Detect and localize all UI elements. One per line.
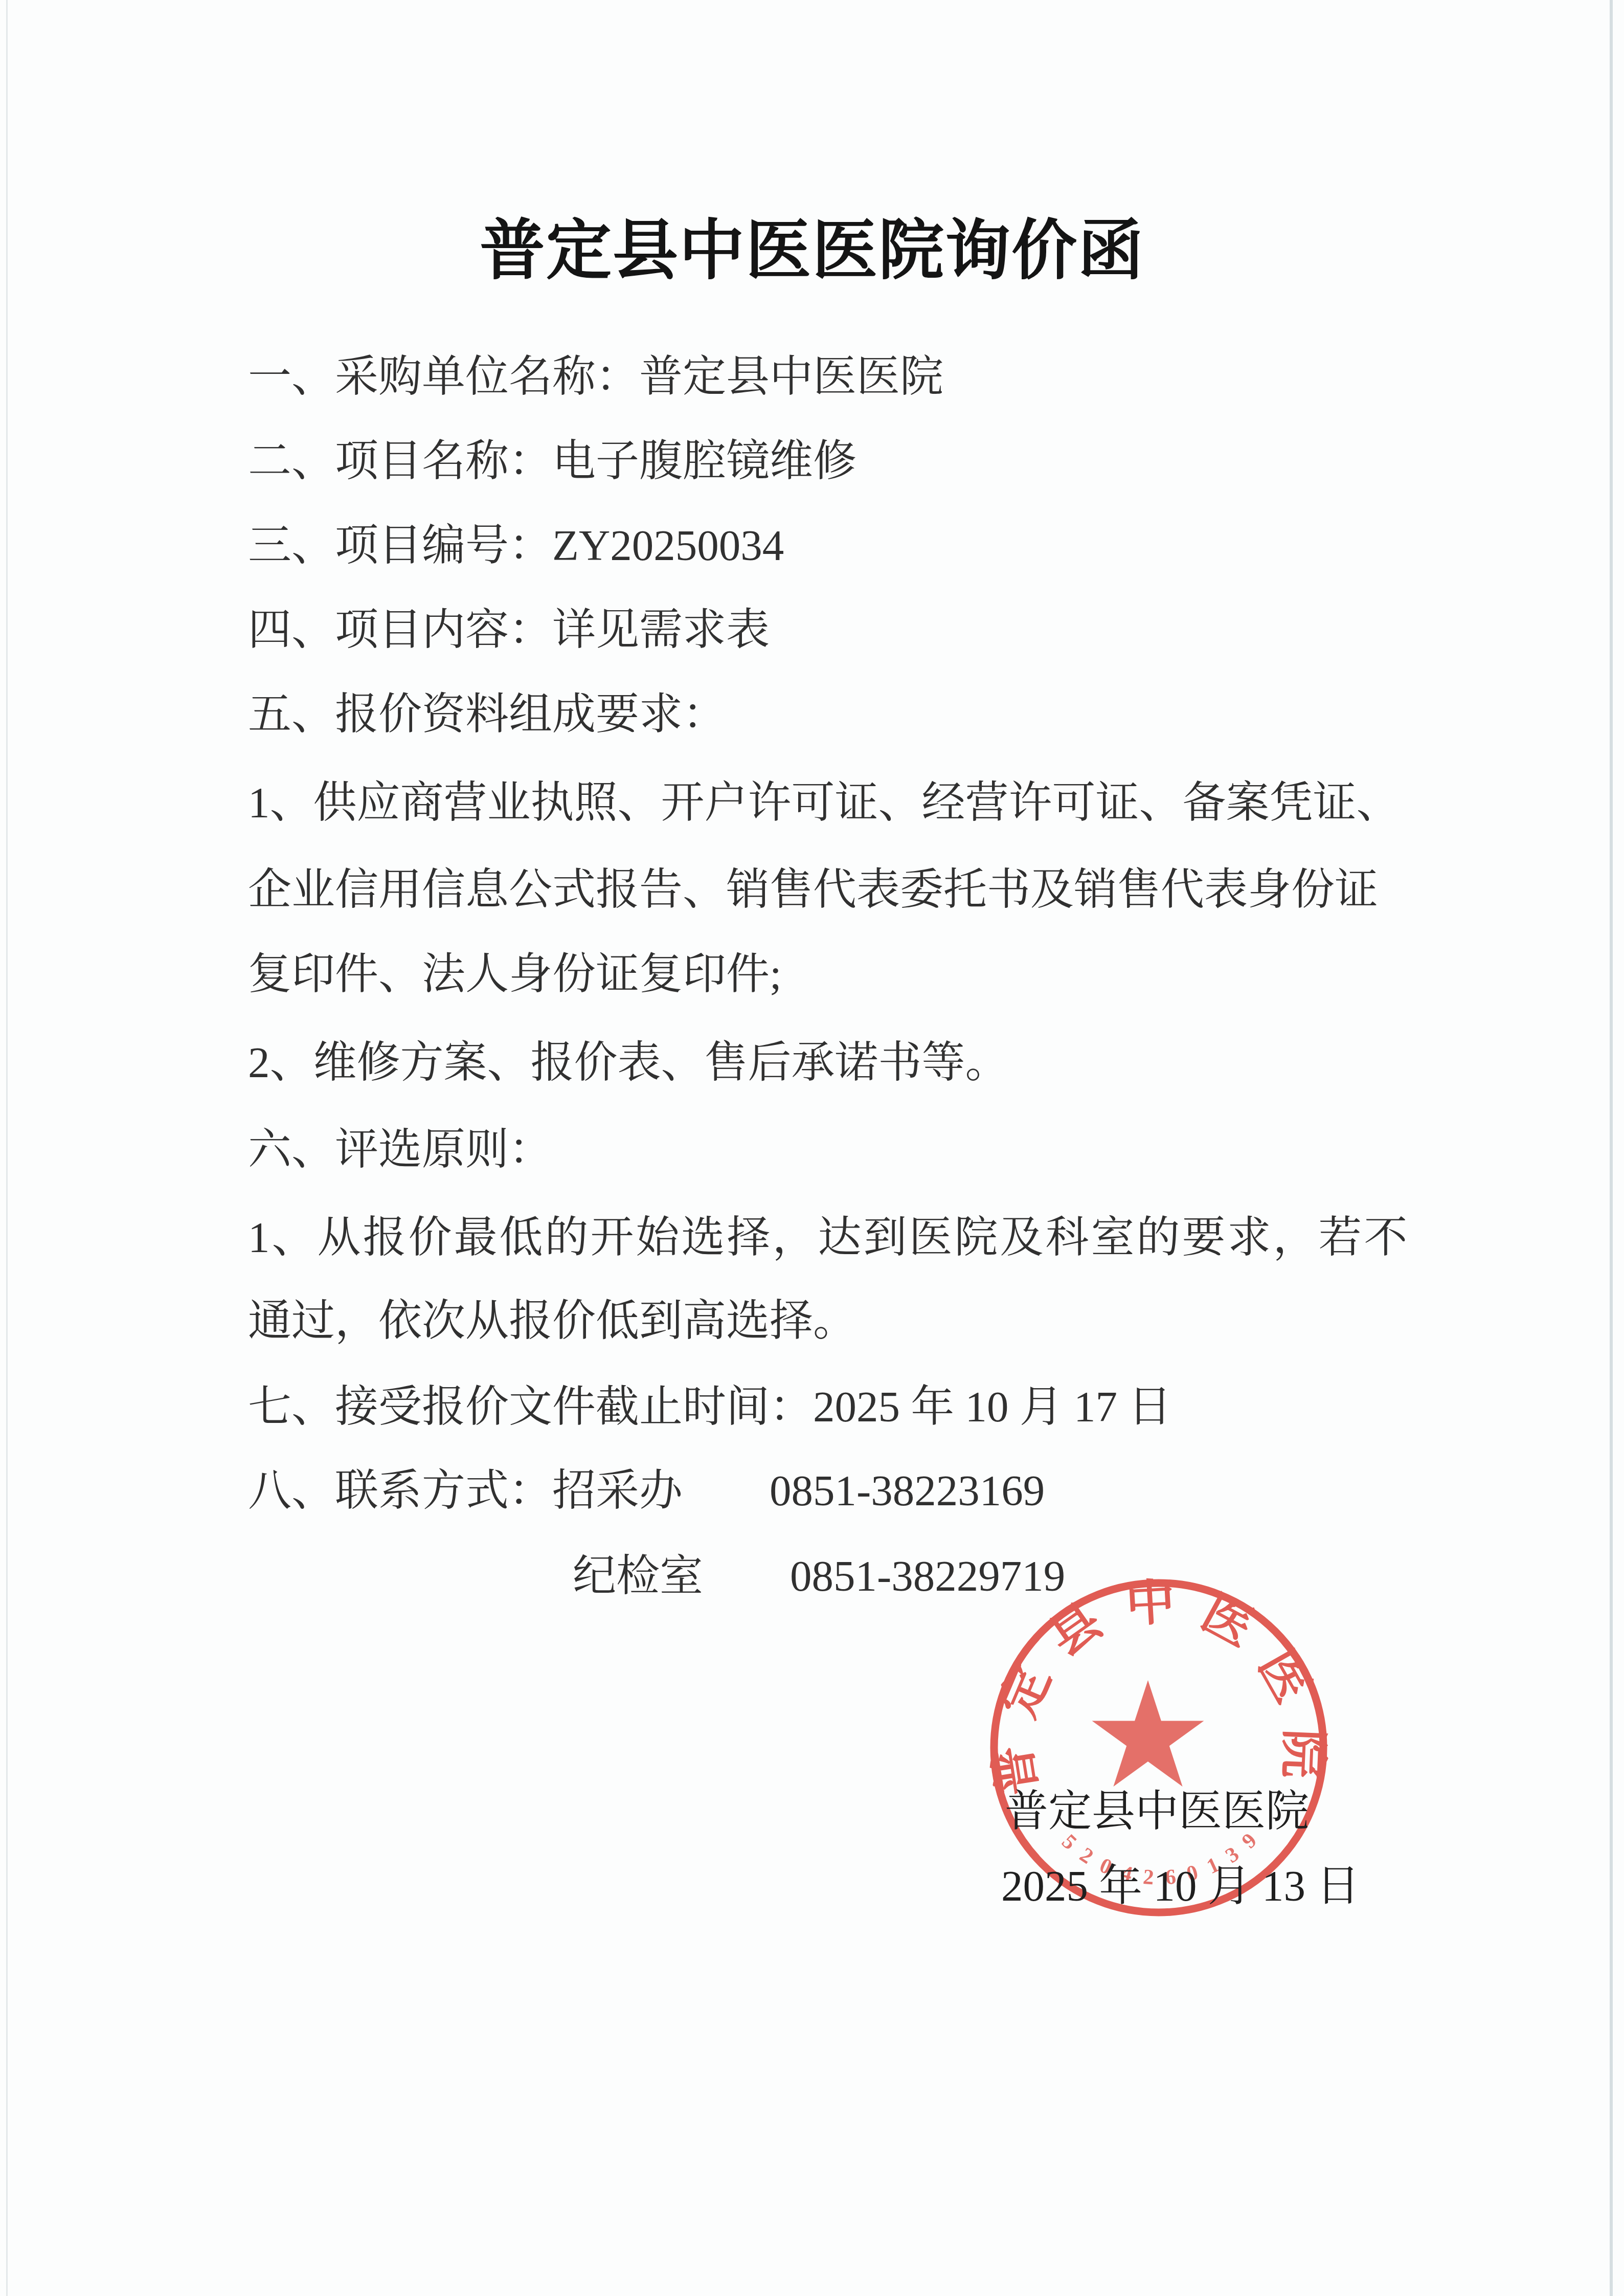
doc-line-contact-discipline: 纪检室 0851-38229719 <box>573 1548 1065 1604</box>
doc-line-selection-rule-1: 1、从报价最低的开始选择，达到医院及科室的要求，若不 <box>248 1210 1410 1266</box>
doc-line-quote-requirements: 五、报价资料组成要求： <box>248 686 726 743</box>
doc-line-deadline: 七、接受报价文件截止时间：2025 年 10 月 17 日 <box>248 1379 1171 1435</box>
seal-star-icon <box>1092 1680 1204 1787</box>
document-title: 普定县中医医院询价函 <box>0 213 1624 289</box>
doc-line-selection-rule-2: 通过，依次从报价低到高选择。 <box>248 1293 856 1349</box>
doc-line-materials-4: 2、维修方案、报价表、售后承诺书等。 <box>248 1035 1009 1091</box>
signature-org-name: 普定县中医医院 <box>1005 1784 1309 1840</box>
doc-line-contact-procurement: 八、联系方式：招采办 0851-38223169 <box>248 1463 1045 1519</box>
doc-line-purchaser: 一、采购单位名称：普定县中医医院 <box>248 349 943 405</box>
doc-line-project-content: 四、项目内容：详见需求表 <box>248 602 770 658</box>
scan-edge-left <box>6 0 8 2296</box>
doc-line-materials-2: 企业信用信息公式报告、销售代表委托书及销售代表身份证 <box>248 862 1378 918</box>
doc-line-materials-3: 复印件、法人身份证复印件; <box>248 946 782 1002</box>
official-seal-stamp: 普定县中医医院 5204260139 <box>0 0 1624 2296</box>
signature-date: 2025 年 10 月 13 日 <box>1001 1858 1360 1914</box>
seal-arc-org-name: 普定县中医医院 <box>985 1575 1332 1799</box>
doc-line-materials-1: 1、供应商营业执照、开户许可证、经营许可证、备案凭证、 <box>248 775 1400 831</box>
doc-line-selection-principle: 六、评选原则： <box>248 1122 552 1178</box>
scan-edge-right <box>1610 0 1613 2296</box>
document-page: 普定县中医医院询价函 一、采购单位名称：普定县中医医院 二、项目名称：电子腹腔镜… <box>0 0 1624 2296</box>
doc-line-project-number: 三、项目编号：ZY20250034 <box>248 518 784 574</box>
doc-line-project-name: 二、项目名称：电子腹腔镜维修 <box>248 433 856 489</box>
